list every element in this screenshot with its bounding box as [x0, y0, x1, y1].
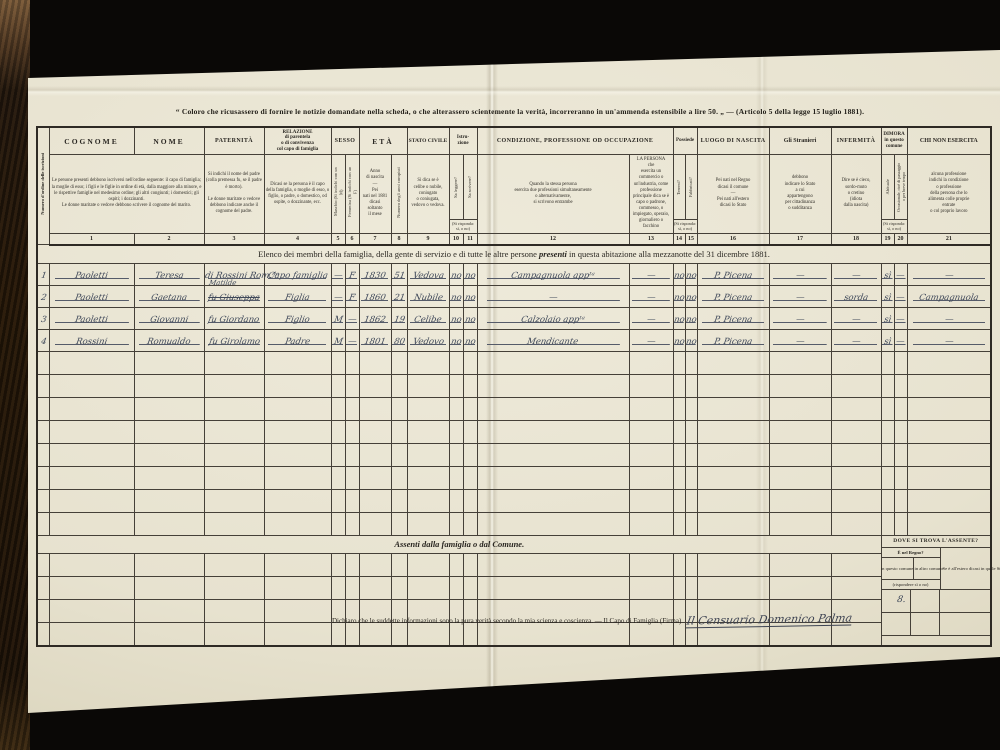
cell [907, 374, 991, 397]
cell: — [907, 307, 991, 329]
cell: Rossini [49, 329, 134, 351]
risponda-note: (Si risponda: sì, o no) [674, 219, 697, 232]
anni-label: Numero degli anni compiuti [396, 167, 402, 218]
cell [449, 489, 463, 512]
cell [134, 489, 204, 512]
cell [204, 351, 264, 374]
cell: sì [881, 263, 894, 285]
occasionale-label: Occasionale, cioè di passaggio o per bre… [896, 161, 906, 213]
cell [881, 397, 894, 420]
cell [359, 443, 391, 466]
header-desc-row: Le persone presenti debbono iscriversi n… [37, 155, 991, 234]
cell [894, 466, 907, 489]
cell [477, 351, 629, 374]
cell [49, 553, 134, 576]
cell [477, 489, 629, 512]
cell [629, 351, 673, 374]
cell [37, 512, 49, 535]
cell [345, 489, 359, 512]
cell: — [331, 263, 345, 285]
cell [769, 512, 831, 535]
col-title-index: Numero d'ordine delle iscrizioni [37, 127, 49, 245]
col-num: 13 [629, 233, 673, 245]
cell [769, 374, 831, 397]
cell [134, 599, 204, 622]
table-row [37, 374, 991, 397]
terreni-label: Terreni? [676, 180, 682, 195]
cell [345, 512, 359, 535]
cell: — [629, 307, 673, 329]
cell: — [831, 329, 881, 351]
cell [331, 489, 345, 512]
col-desc-stato-civile: Si dica se è celibe o nubile, coniugato … [407, 155, 449, 234]
cell [697, 512, 769, 535]
cell [264, 374, 331, 397]
col-desc-istruzione: Sa leggere? Sa scrivere? (Si risponda: s… [449, 155, 477, 234]
cell [907, 397, 991, 420]
cell: 19 [391, 307, 407, 329]
col-desc-stranieri: debbono indicare lo Stato a cui apparten… [769, 155, 831, 234]
cell [391, 420, 407, 443]
cell [769, 397, 831, 420]
regno-header: È nel Regno? [882, 548, 940, 558]
cell [359, 397, 391, 420]
cell [769, 576, 831, 599]
cell [685, 374, 697, 397]
cell [629, 443, 673, 466]
cell: no [449, 307, 463, 329]
head-of-family-signature: Il Censuario Domenico Palma [686, 612, 854, 629]
cell: Campagnuola appᵗᵃ [477, 263, 629, 285]
cell [673, 512, 685, 535]
cell: — [831, 307, 881, 329]
cell [264, 599, 331, 622]
cell: — [894, 307, 907, 329]
cell [769, 489, 831, 512]
cell [881, 466, 894, 489]
cell [345, 443, 359, 466]
cell [359, 553, 391, 576]
cell [407, 512, 449, 535]
cell [769, 443, 831, 466]
col-num: 21 [907, 233, 991, 245]
cell [769, 351, 831, 374]
cell [134, 351, 204, 374]
cell [391, 374, 407, 397]
cell [331, 443, 345, 466]
cell [629, 374, 673, 397]
cell [463, 374, 477, 397]
cell [134, 512, 204, 535]
cell [345, 351, 359, 374]
cell [477, 397, 629, 420]
header-title-row: Numero d'ordine delle iscrizioni COGNOME… [37, 127, 991, 155]
cell [673, 466, 685, 489]
col-desc-infermita: Dire se è cieco, sordo-muto o cretino (i… [831, 155, 881, 234]
cell: sì [881, 307, 894, 329]
cell: no [463, 307, 477, 329]
cell: — [331, 285, 345, 307]
assenti-caption-text: Assenti dalla famiglia o dal Comune. [394, 539, 524, 549]
cell: sorda [831, 285, 881, 307]
cell [37, 466, 49, 489]
census-photo: “ Coloro che ricusassero di fornire le n… [0, 0, 1000, 750]
cell: Paoletti [49, 263, 134, 285]
cell [673, 576, 685, 599]
cell [894, 351, 907, 374]
cell [345, 466, 359, 489]
cell [331, 420, 345, 443]
cell [907, 443, 991, 466]
cell [449, 576, 463, 599]
cell [685, 420, 697, 443]
cell: — [831, 263, 881, 285]
cell [697, 443, 769, 466]
cell [204, 576, 264, 599]
cell [477, 443, 629, 466]
cell: Gaetana [134, 285, 204, 307]
risponda-note: (Si risponda: sì, o no) [450, 219, 477, 232]
col-num: 1 [49, 233, 134, 245]
cell: — [629, 285, 673, 307]
cell: Romualdo [134, 329, 204, 351]
cell [49, 599, 134, 622]
cell: no [449, 263, 463, 285]
cell [264, 622, 331, 646]
cell: no [449, 329, 463, 351]
cell [463, 553, 477, 576]
cell: 1 [37, 263, 49, 285]
cell [629, 466, 673, 489]
cell [629, 553, 673, 576]
cell: Calzolaio appᵗᵃ [477, 307, 629, 329]
table-row: 1PaolettiTeresadi Rossini Rom.ᵈᵒCapo fam… [37, 263, 991, 285]
cell: F [345, 285, 359, 307]
cell [345, 374, 359, 397]
cell: Figlia [264, 285, 331, 307]
cell [204, 443, 264, 466]
cell [37, 351, 49, 374]
cell [894, 443, 907, 466]
cell [49, 512, 134, 535]
cell: no [685, 307, 697, 329]
cell [204, 512, 264, 535]
cell [685, 489, 697, 512]
cell [881, 351, 894, 374]
cell [907, 351, 991, 374]
col-desc-luogo-nascita: Pei nati nel Regno dicasi il comune — Pe… [697, 155, 769, 234]
cell: — [769, 307, 831, 329]
cell [391, 512, 407, 535]
census-table: Numero d'ordine delle iscrizioni COGNOME… [36, 126, 992, 647]
col-desc-anni-compiuti: Numero degli anni compiuti [391, 155, 407, 234]
cell [673, 420, 685, 443]
cell [894, 420, 907, 443]
cell [331, 351, 345, 374]
table-row [37, 466, 991, 489]
cell: Nubile [407, 285, 449, 307]
cell: — [907, 329, 991, 351]
col-num: 3 [204, 233, 264, 245]
cell: no [463, 329, 477, 351]
cell: — [894, 329, 907, 351]
cell: fu Girolamo [204, 329, 264, 351]
caption-presenti-word: presenti [539, 249, 567, 259]
cell [331, 397, 345, 420]
cell [881, 489, 894, 512]
cell [407, 576, 449, 599]
col-title-cognome: COGNOME [49, 127, 134, 155]
cell [407, 443, 449, 466]
in-questo-comune-label: in questo comune [882, 558, 913, 579]
cell [449, 374, 463, 397]
cell: 80 [391, 329, 407, 351]
cell [204, 466, 264, 489]
cell [134, 622, 204, 646]
cell [477, 576, 629, 599]
cell [345, 553, 359, 576]
cell: Vedova [407, 263, 449, 285]
cell [673, 397, 685, 420]
cell [407, 489, 449, 512]
assenti-caption-row: Assenti dalla famiglia o dal Comune. DOV… [37, 535, 991, 553]
cell: 21 [391, 285, 407, 307]
assenti-caption: Assenti dalla famiglia o dal Comune. [37, 535, 881, 553]
cell: Mendicante [477, 329, 629, 351]
cell: no [463, 263, 477, 285]
cell: P. Picena [697, 285, 769, 307]
cell [264, 553, 331, 576]
col-desc-anno-nascita: Anno di nascita — Pei nati nel 1881 dica… [359, 155, 391, 234]
cell [831, 351, 881, 374]
table-row [37, 512, 991, 535]
cell [345, 420, 359, 443]
cell [331, 466, 345, 489]
table-row [37, 397, 991, 420]
cell: M [331, 307, 345, 329]
cell [359, 374, 391, 397]
col-desc-femmina: Femmina (Si indichi con un F) [345, 155, 359, 234]
cell [264, 420, 331, 443]
cell [264, 489, 331, 512]
cell: 4 [37, 329, 49, 351]
col-title-condizione: CONDIZIONE, PROFESSIONE OD OCCUPAZIONE [477, 127, 673, 155]
cell: no [463, 285, 477, 307]
cell [331, 576, 345, 599]
cell: no [673, 285, 685, 307]
caption-post: in questa abitazione alla mezzanotte del… [567, 249, 770, 259]
cell [685, 576, 697, 599]
cell [134, 553, 204, 576]
col-desc-possiede: Terreni? Fabbricati? (Si risponda: sì, o… [673, 155, 697, 234]
cell [391, 576, 407, 599]
cell: 1862 [359, 307, 391, 329]
cell [204, 622, 264, 646]
cell [331, 553, 345, 576]
cell [477, 466, 629, 489]
cell [37, 576, 49, 599]
cell [685, 466, 697, 489]
cell [264, 512, 331, 535]
cell: 3 [37, 307, 49, 329]
cell [463, 512, 477, 535]
cell [463, 489, 477, 512]
cell [673, 443, 685, 466]
cell [831, 576, 881, 599]
cell: no [685, 263, 697, 285]
absent-box-title: DOVE SI TROVA L'ASSENTE? [882, 536, 991, 548]
cell [204, 420, 264, 443]
col-num: 18 [831, 233, 881, 245]
cell [391, 443, 407, 466]
cell [463, 576, 477, 599]
col-title-possiede: Possiede [673, 127, 697, 155]
cell [831, 466, 881, 489]
cell [673, 489, 685, 512]
col-num: 16 [697, 233, 769, 245]
table-row [37, 420, 991, 443]
cell [629, 420, 673, 443]
cell: no [673, 329, 685, 351]
col-title-luogo-nascita: LUOGO DI NASCITA [697, 127, 769, 155]
cell [49, 420, 134, 443]
cell [37, 553, 49, 576]
cell [894, 374, 907, 397]
table-row [37, 351, 991, 374]
cell [463, 397, 477, 420]
cell [264, 443, 331, 466]
cell [831, 489, 881, 512]
cell [359, 351, 391, 374]
cell [477, 374, 629, 397]
presenti-caption: Elenco dei membri della famiglia, della … [37, 245, 991, 264]
cell [477, 553, 629, 576]
cell: 1860 [359, 285, 391, 307]
col-num: 14 [673, 233, 685, 245]
legal-notice: “ Coloro che ricusassero di fornire le n… [60, 107, 980, 116]
cell: 1801 [359, 329, 391, 351]
cell [391, 466, 407, 489]
cell [345, 397, 359, 420]
cell [264, 466, 331, 489]
cell: 1830 [359, 263, 391, 285]
cell [697, 397, 769, 420]
cell [907, 420, 991, 443]
cell: — [894, 263, 907, 285]
cell [391, 351, 407, 374]
cell [134, 466, 204, 489]
cell: Vedovo [407, 329, 449, 351]
col-desc-dimora: Abituale Occasionale, cioè di passaggio … [881, 155, 907, 234]
cell: — [907, 263, 991, 285]
cell [907, 512, 991, 535]
header-number-row: 1 2 3 4 5 6 7 8 9 10 11 12 13 14 15 16 1 [37, 233, 991, 245]
cell: no [685, 329, 697, 351]
cell [407, 374, 449, 397]
cell: no [685, 285, 697, 307]
cell [769, 466, 831, 489]
cell [359, 420, 391, 443]
presenti-caption-row: Elenco dei membri della famiglia, della … [37, 245, 991, 264]
cell [49, 622, 134, 646]
cell [685, 443, 697, 466]
handwritten-mark: 8. [896, 596, 906, 605]
cell [463, 420, 477, 443]
table-body: Elenco dei membri della famiglia, della … [37, 245, 991, 646]
cell [673, 374, 685, 397]
cell: Capo famiglia [264, 263, 331, 285]
table-header: Numero d'ordine delle iscrizioni COGNOME… [37, 127, 991, 245]
cell [697, 553, 769, 576]
cell [449, 420, 463, 443]
cell [49, 489, 134, 512]
cell [769, 420, 831, 443]
document-content: “ Coloro che ricusassero di fornire le n… [0, 0, 1000, 750]
cell: P. Picena [697, 307, 769, 329]
cell [449, 553, 463, 576]
col-num: 9 [407, 233, 449, 245]
cell [264, 397, 331, 420]
abituale-label: Abituale [885, 179, 891, 195]
cell [49, 576, 134, 599]
col-num: 20 [894, 233, 907, 245]
cell [881, 374, 894, 397]
cell [359, 466, 391, 489]
col-num: 7 [359, 233, 391, 245]
cell: Matildefu Giuseppa [204, 285, 264, 307]
declaration-text: Dichiaro che le suddette informazioni so… [332, 617, 681, 625]
cell [359, 576, 391, 599]
cell: P. Picena [697, 263, 769, 285]
cell [134, 397, 204, 420]
col-num: 5 [331, 233, 345, 245]
col-title-infermita: INFERMITÀ [831, 127, 881, 155]
cell [449, 512, 463, 535]
cell [359, 512, 391, 535]
table-row: 4RossiniRomualdofu GirolamoPadreM—180180… [37, 329, 991, 351]
cell [37, 489, 49, 512]
cell: sì [881, 285, 894, 307]
cell [331, 374, 345, 397]
cell [37, 622, 49, 646]
table-row [37, 443, 991, 466]
col-num: 12 [477, 233, 629, 245]
cell [463, 443, 477, 466]
table-row [37, 489, 991, 512]
cell [629, 576, 673, 599]
cell [391, 397, 407, 420]
cell [629, 489, 673, 512]
cell [881, 512, 894, 535]
cell [831, 512, 881, 535]
cell [134, 576, 204, 599]
col-title-sesso: SESSO [331, 127, 359, 155]
cell [391, 489, 407, 512]
cell [907, 466, 991, 489]
col-title-eta: ETÀ [359, 127, 407, 155]
cell: no [673, 307, 685, 329]
cell [463, 466, 477, 489]
cell [673, 351, 685, 374]
cell [894, 512, 907, 535]
index-label: Numero d'ordine delle iscrizioni [40, 153, 46, 215]
cell [463, 351, 477, 374]
cell: — [769, 285, 831, 307]
fabbricati-label: Fabbricati? [688, 177, 694, 197]
cell [134, 420, 204, 443]
cell [629, 512, 673, 535]
cell [831, 443, 881, 466]
